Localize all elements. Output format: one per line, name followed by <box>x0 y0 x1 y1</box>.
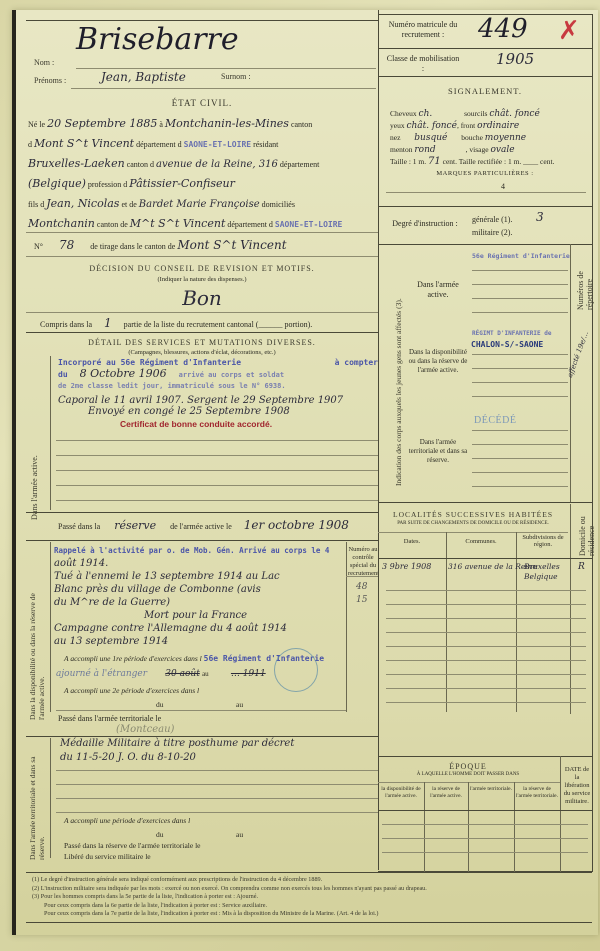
campagne-entry-1: Campagne contre l'Allemagne du 4 août 19… <box>54 622 344 635</box>
periode2-au-label: au <box>236 700 243 709</box>
compris-suffix: partie de la liste du recrutement canton… <box>124 320 313 329</box>
rappel-stamp: Rappelé à l'activité par o. de Mob. Gén.… <box>54 544 344 557</box>
bouche-label: bouche <box>461 133 483 142</box>
passe-reserve-value: réserve <box>114 519 156 532</box>
visage-value: ovale <box>490 145 514 155</box>
profession-label: profession d <box>88 180 127 189</box>
a-label: à <box>159 120 163 129</box>
grade-entry: Caporal le 11 avril 1907. Sergent le 29 … <box>58 395 378 406</box>
periode-territoriale-du: du <box>156 830 164 839</box>
territoriale-side-label: Dans l'armée territoriale et dans sa rés… <box>28 750 46 860</box>
canton-value: Mont S^t Vincent <box>34 137 134 150</box>
footnotes: (1) Le degré d'instruction générale sera… <box>32 876 588 919</box>
epoque-title: ÉPOQUE <box>378 762 558 771</box>
canton-parents-value: M^t S^t Vincent <box>130 217 226 230</box>
epoque-col-reserve-active: la réserve de l'armée active. <box>425 786 467 800</box>
ne-le-value: 20 Septembre 1885 <box>47 117 157 130</box>
periode2-label: A accompli une 2e période d'exercices da… <box>64 686 199 695</box>
domicilies-label: domiciliés <box>262 200 295 209</box>
adresse-value: avenue de la Reine, 316 <box>156 159 278 170</box>
periode1-note: ajourné à l'étranger <box>56 669 147 679</box>
certificat-stamp: Certificat de bonne conduite accordé. <box>58 419 378 430</box>
instruction-label: Degré d'instruction : <box>388 218 462 229</box>
localite-row-subdivision: Bruxelles Belgique <box>524 562 570 582</box>
epoque-col-territoriale: l'armée territoriale. <box>469 786 513 793</box>
matricule-stamp: de 2me classe ledit jour, immatriculé so… <box>58 381 378 392</box>
reserve-side-label: Dans la disponibilité ou dans la réserve… <box>28 570 46 720</box>
front-value: ordinaire <box>477 121 519 131</box>
campagne-entry-2: au 13 septembre 1914 <box>54 635 344 648</box>
localites-col-subdivisions: Subdivisions de région. <box>518 534 568 548</box>
lieu-naissance-value: Montchanin-les-Mines <box>165 117 289 130</box>
periode-territoriale-label: A accompli une période d'exercices dans … <box>64 816 190 825</box>
yeux-label: yeux <box>390 121 405 130</box>
numero-controle-header: Numéro au contrôle spécial du recrutemen… <box>348 546 378 578</box>
medaille-entry-2: du 11-5-20 J. O. du 8-10-20 <box>60 752 196 763</box>
tirage-row: N° 78 de tirage dans le canton de Mont S… <box>34 238 287 252</box>
etat-civil-fields: Né le 20 Septembre 1885 à Montchanin-les… <box>28 114 374 234</box>
departement-label: département d <box>136 140 182 149</box>
pays-value: (Belgique) <box>28 177 86 190</box>
periode1-date: … 1911 <box>231 669 266 679</box>
domicile-parents-value: Montchanin <box>28 217 95 230</box>
corps-dispo-stamp-2: CHALON-S/-SAONE <box>471 340 543 349</box>
classe-label: Classe de mobilisation : <box>386 54 460 74</box>
epoque-subtitle: À LAQUELLE L'HOMME DOIT PASSER DANS <box>378 772 558 777</box>
services-subtitle: (Campagnes, blessures, actions d'éclat, … <box>26 349 378 356</box>
nom-label: Nom : <box>34 58 54 67</box>
ne-le-label: Né le <box>28 120 45 129</box>
numero-controle-1: 48 <box>356 582 367 592</box>
nez-label: nez <box>390 133 400 142</box>
departement-stamp: SAONE-ET-LOIRE <box>184 140 251 149</box>
bouche-value: moyenne <box>485 133 526 143</box>
compris-label: Compris dans la <box>40 320 92 329</box>
residence-value: Bruxelles-Laeken <box>28 157 125 170</box>
departement2-label: département <box>280 160 320 169</box>
signalement-title: SIGNALEMENT. <box>378 86 592 96</box>
etat-civil-title: ÉTAT CIVIL. <box>26 98 378 108</box>
taille-suffix: cent. Taille rectifiée : 1 m. ____ cent. <box>443 157 555 166</box>
localites-col-communes: Communes. <box>448 538 514 545</box>
red-cross-mark-icon: ✗ <box>558 16 580 46</box>
matricule-label: Numéro matricule du recrutement : <box>386 20 460 40</box>
periode1-du: 30 août <box>165 669 200 679</box>
canton-d-label: d <box>28 140 32 149</box>
rappel-date: août 1914. <box>54 557 344 570</box>
taille-label: Taille : 1 m. <box>390 157 426 166</box>
prenoms-value: Jean, Baptiste <box>101 70 186 84</box>
periode2-du-label: du <box>156 700 164 709</box>
passe-reserve-mid: de l'armée active le <box>170 522 232 531</box>
nom-value: Brisebarre <box>76 22 239 57</box>
localite-row-date: 3 9bre 1908 <box>382 562 431 571</box>
taille-value: 71 <box>428 156 441 167</box>
decede-stamp: DÉCÉDÉ <box>474 415 516 426</box>
nez-value: busqué <box>414 133 447 143</box>
reserve-entries: Rappelé à l'activité par o. de Mob. Gén.… <box>54 544 344 648</box>
profession-value: Pâtissier-Confiseur <box>129 177 235 190</box>
footnote-1: (1) Le degré d'instruction générale sera… <box>32 876 588 885</box>
tue-entry-1: Tué à l'ennemi le 13 septembre 1914 au L… <box>54 570 344 583</box>
departement-parents-stamp: SAONE-ET-LOIRE <box>275 220 342 229</box>
partie-value: 1 <box>104 316 112 330</box>
localite-row-type: R <box>578 562 585 572</box>
et-de-label: et de <box>121 200 136 209</box>
residant-label: résidant <box>253 140 278 149</box>
footnote-5: Pour ceux compris dans la 7e partie de l… <box>32 910 588 919</box>
tue-entry-3: du M^re de la Guerre) <box>54 596 344 609</box>
menton-label: menton <box>390 145 413 154</box>
canton-label: canton <box>291 120 312 129</box>
menton-value: rond <box>414 145 435 155</box>
epoque-col-reserve-territoriale: la réserve de l'armée territoriale. <box>515 786 559 800</box>
generale-value: 3 <box>536 210 544 224</box>
departement3-label: département d <box>227 220 273 229</box>
passe-territoriale-label: Passé dans l'armée territoriale le <box>58 714 161 723</box>
tue-entry-2: Blanc près du village de Combonne (avis <box>54 583 344 596</box>
numero-tirage-value: 78 <box>59 238 74 252</box>
yeux-value: chât. foncé <box>406 121 456 131</box>
date-liberation-header: DATE de la libération du service militai… <box>562 766 592 806</box>
cheveux-value: ch. <box>419 109 433 119</box>
arrive-stamp: arrivé au corps et soldat <box>179 371 284 379</box>
repertoire-label: Numéros de répertoire <box>576 250 594 310</box>
surnom-label: Surnom : <box>221 72 251 81</box>
decision-value: Bon <box>26 286 378 310</box>
localites-side-col: Domicile ou résidence <box>578 510 596 556</box>
sourcils-label: sourcils <box>464 109 487 118</box>
tirage-label: de tirage dans le canton de <box>90 242 175 251</box>
localites-col-dates: Dates. <box>380 538 444 545</box>
corps-active-stamp: 56e Régiment d'Infanterie <box>472 252 570 260</box>
corps-active-label: Dans l'armée active. <box>408 280 468 300</box>
services-entries: Incorporé au 56e Régiment d'Infanterie à… <box>58 357 378 430</box>
classe-value: 1905 <box>496 50 534 68</box>
localites-subtitle: PAR SUITE DE CHANGEMENTS DE DOMICILE OU … <box>378 521 568 526</box>
medaille-entry-1: Médaille Militaire à titre posthume par … <box>60 738 294 749</box>
libere-label: Libéré du service militaire le <box>64 852 151 861</box>
prenoms-label: Prénoms : <box>34 76 66 85</box>
corps-side-label: Indication des corps auxquels les jeunes… <box>394 268 403 486</box>
circular-stamp <box>274 648 318 692</box>
decision-subtitle: (Indiquer la nature des dispenses.) <box>26 276 378 283</box>
visage-label: visage <box>469 145 488 154</box>
localites-title: LOCALITÉS SUCCESSIVES HABITÉES <box>378 510 568 519</box>
marques-value: 4 <box>501 182 505 191</box>
services-title: DÉTAIL DES SERVICES ET MUTATIONS DIVERSE… <box>26 338 378 347</box>
mort-pour-la-france: Mort pour la France <box>54 609 344 622</box>
generale-label: générale (1). <box>472 215 512 224</box>
passe-territoriale-value: (Montceau) <box>116 724 174 735</box>
passe-reserve-date: 1er octobre 1908 <box>244 518 349 532</box>
register-sheet: Brisebarre Nom : Prénoms : Jean, Baptist… <box>12 10 598 935</box>
footnote-4: Pour ceux compris dans la 6e partie de l… <box>32 902 588 911</box>
du-stamp: du <box>58 370 68 379</box>
services-side-label: Dans l'armée active. <box>30 410 39 520</box>
matricule-value: 449 <box>478 14 528 44</box>
signalement-fields: Cheveux ch. sourcils chât. foncé yeux ch… <box>390 108 588 168</box>
cheveux-label: Cheveux <box>390 109 417 118</box>
conge-entry: Envoyé en congé le 25 Septembre 1908 <box>58 406 378 417</box>
incorporation-date: 8 Octobre 1906 <box>80 367 167 380</box>
footnote-3: (3) Pour les hommes compris dans la 5e p… <box>32 893 588 902</box>
reserve-territoriale-label: Passé dans la réserve de l'armée territo… <box>64 841 201 850</box>
passe-reserve-label: Passé dans la <box>58 522 100 531</box>
corps-dispo-stamp-1: RÉGIMT D'INFANTERIE de <box>472 330 551 337</box>
decision-title: DÉCISION DU CONSEIL DE REVISION ET MOTIF… <box>26 264 378 273</box>
fils-label: fils d <box>28 200 44 209</box>
mere-value: Bardet Marie Françoise <box>139 199 260 210</box>
periode-territoriale-au: au <box>236 830 243 839</box>
corps-dispo-label: Dans la disponibilité ou dans la réserve… <box>408 348 468 375</box>
militaire-label: militaire (2). <box>472 228 512 237</box>
compris-row: Compris dans la 1 partie de la liste du … <box>40 316 312 330</box>
a-compter-stamp: à compter <box>335 357 378 368</box>
numero-label: N° <box>34 242 43 251</box>
sourcils-value: chât. foncé <box>489 109 539 119</box>
periode1-au-label: au <box>202 670 209 678</box>
periode1-label: A accompli une 1re période d'exercices d… <box>64 654 202 663</box>
marques-label: MARQUES PARTICULIÈRES : <box>378 170 592 177</box>
front-label: front <box>461 121 476 130</box>
epoque-col-disponibilite: la disponibilité de l'armée active. <box>379 786 423 800</box>
canton-tirage-value: Mont S^t Vincent <box>177 238 286 252</box>
pere-value: Jean, Nicolas <box>46 197 119 210</box>
numero-controle-2: 15 <box>356 595 367 605</box>
passe-reserve-row: Passé dans la réserve de l'armée active … <box>58 518 349 532</box>
canton3-label: canton de <box>97 220 128 229</box>
corps-terr-label: Dans l'armée territoriale et dans sa rés… <box>408 438 468 465</box>
footnote-2: (2) L'instruction militaire sera indiqué… <box>32 885 588 894</box>
canton2-label: canton d <box>127 160 154 169</box>
